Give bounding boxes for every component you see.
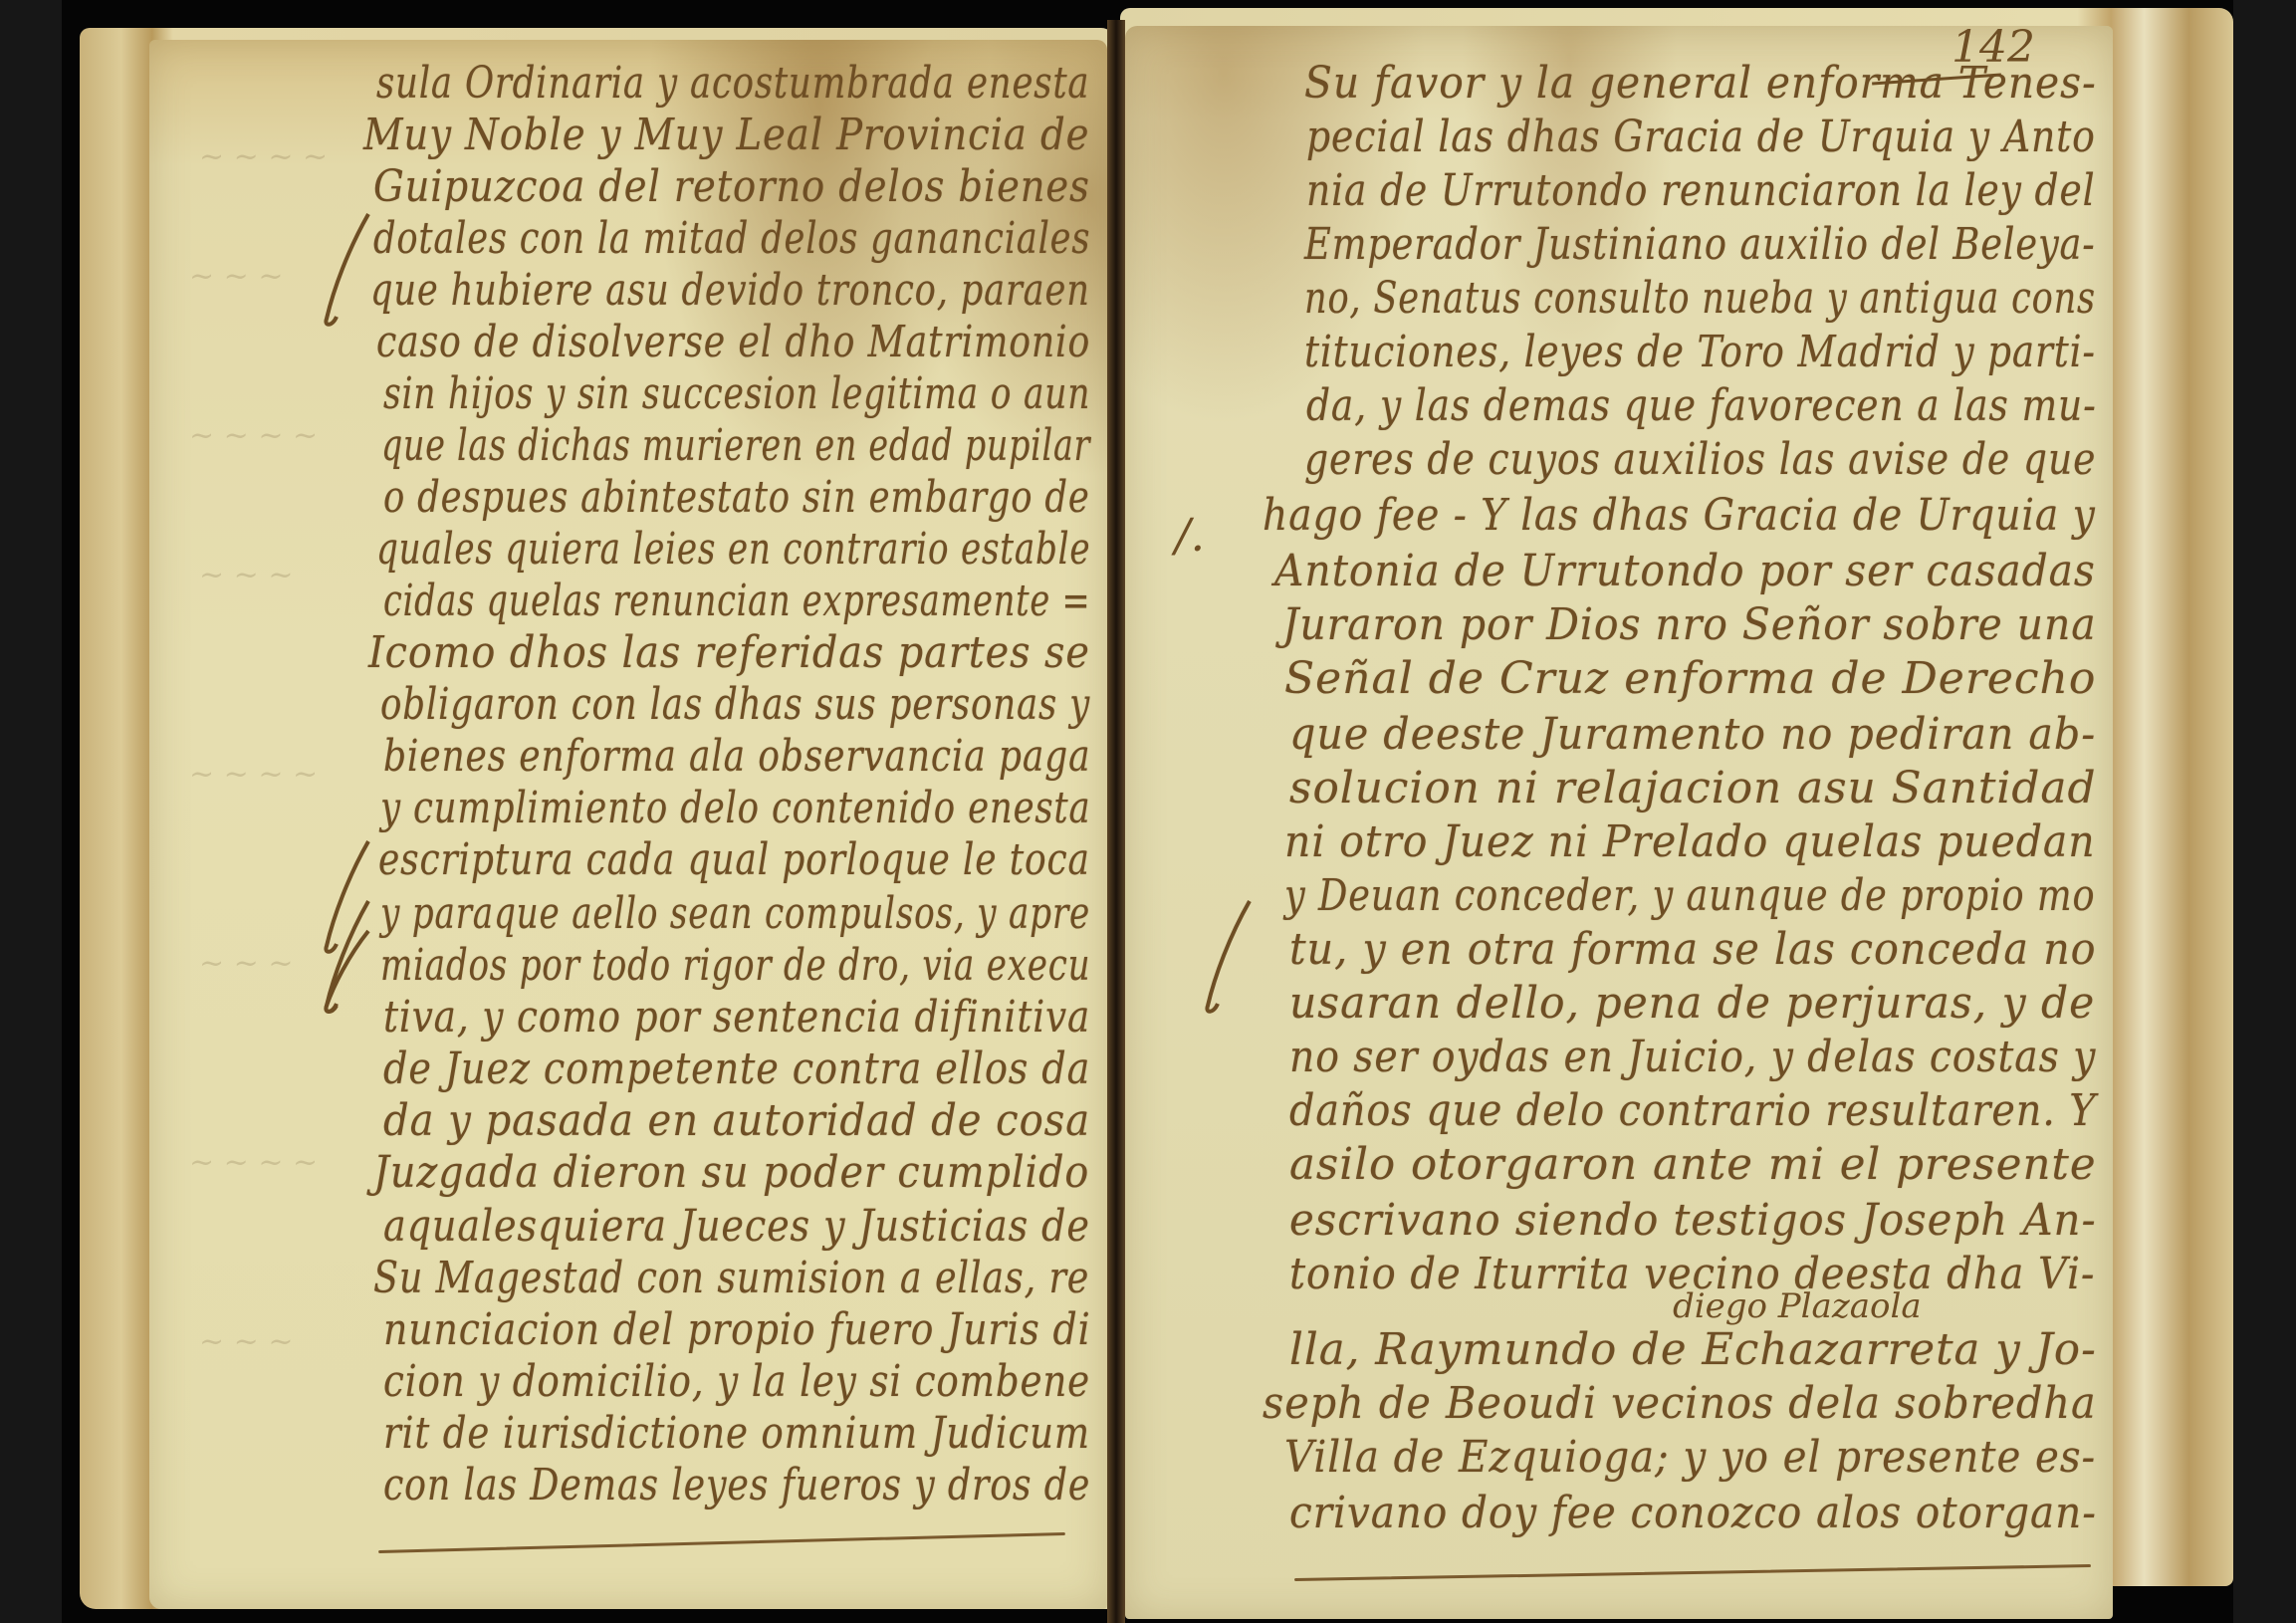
text-line: no ser oydas en Juicio, y delas costas y: [1289, 1032, 2096, 1082]
bleed-through-text: ~ ~ ~ ~: [199, 139, 328, 174]
text-line: y Deuan conceder, y aunque de propio mo: [1284, 870, 2095, 921]
text-line: geres de cuyos auxilios las avise de que: [1304, 434, 2096, 485]
text-line: pecial las dhas Gracia de Urquia y Anto: [1306, 112, 2096, 162]
text-line: que deeste Juramento no pediran ab-: [1289, 709, 2096, 760]
text-line: caso de disolverse el dho Matrimonio: [376, 317, 1090, 367]
text-line: y cumplimiento delo contenido enesta: [380, 783, 1090, 833]
text-line: Antonia de Urrutondo por ser casadas: [1274, 546, 2096, 596]
text-line: crivano doy fee conozco alos otorgan-: [1289, 1488, 2097, 1538]
text-line: no, Senatus consulto nueba y antigua con…: [1304, 273, 2096, 324]
text-line: daños que delo contrario resultaren. Y: [1289, 1085, 2096, 1136]
bleed-through-text: ~ ~ ~: [199, 558, 293, 592]
text-line: Su favor y la general enforma Tenes-: [1304, 58, 2097, 109]
text-line: quales quiera leies en contrario estable: [376, 524, 1090, 575]
text-line: da y pasada en autoridad de cosa: [383, 1095, 1090, 1146]
bleed-through-text: ~ ~ ~: [199, 1324, 293, 1359]
text-line: sin hijos y sin succesion legitima o aun: [383, 368, 1090, 419]
text-line: asilo otorgaron ante mi el presente: [1289, 1139, 2097, 1190]
text-line: tituciones, leyes de Toro Madrid y parti…: [1304, 327, 2096, 377]
margin-flourish-icon: [1200, 896, 1260, 1016]
text-line: de Juez competente contra ellos da: [383, 1043, 1090, 1094]
text-line: da, y las demas que favorecen a las mu-: [1306, 380, 2097, 431]
text-line: tiva, y como por sentencia difinitiva: [383, 992, 1090, 1043]
scan-border-right: [2233, 0, 2296, 1623]
text-line: seph de Beoudi vecinos dela sobredha: [1263, 1378, 2097, 1429]
text-line: Su Magestad con sumision a ellas, re: [373, 1253, 1089, 1303]
text-line: con las Demas leyes fueros y dros de: [383, 1460, 1090, 1510]
text-line: dotales con la mitad delos gananciales: [373, 213, 1090, 264]
text-line: Icomo dhos las referidas partes se: [368, 627, 1090, 678]
text-line: que hubiere asu devido tronco, paraen: [370, 265, 1090, 316]
margin-mark: /.: [1175, 508, 1205, 562]
bleed-through-text: ~ ~ ~: [189, 259, 283, 294]
text-line: que las dichas murieren en edad pupilar: [381, 420, 1090, 471]
text-line: solucion ni relajacion asu Santidad: [1289, 763, 2096, 813]
text-line: obligaron con las dhas sus personas y: [380, 679, 1090, 730]
text-line: tu, y en otra forma se las conceda no: [1289, 924, 2096, 975]
text-line: Señal de Cruz enforma de Derecho: [1284, 653, 2096, 704]
text-line: y paraque aello sean compulsos, y apre: [380, 888, 1090, 939]
bleed-through-text: ~ ~ ~ ~: [189, 418, 318, 453]
bleed-through-text: ~ ~ ~ ~: [189, 757, 318, 792]
text-line: Emperador Justiniano auxilio del Beleya-: [1304, 219, 2096, 270]
text-line: nia de Urrutondo renunciaron la ley del: [1306, 165, 2095, 216]
text-line: nunciacion del propio fuero Juris di: [383, 1304, 1091, 1355]
text-line: cidas quelas renuncian expresamente =: [383, 576, 1090, 626]
text-line: rit de iurisdictione omnium Judicum: [383, 1408, 1090, 1459]
text-line: Juraron por Dios nro Señor sobre una: [1282, 599, 2097, 650]
text-line: hago fee - Y las dhas Gracia de Urquia y: [1263, 490, 2096, 541]
text-line: miados por todo rigor de dro, via execu: [380, 940, 1090, 991]
margin-flourish-icon: [319, 926, 378, 1016]
text-line: Villa de Ezquioga; y yo el presente es-: [1284, 1432, 2096, 1483]
scan-border-left: [0, 0, 62, 1623]
text-line: escriptura cada qual porloque le toca: [378, 834, 1090, 885]
text-line: Muy Noble y Muy Leal Provincia de: [363, 110, 1089, 160]
text-line: aqualesquiera Jueces y Justicias de: [383, 1201, 1090, 1252]
interlinear-insertion: diego Plazaola: [1673, 1286, 1922, 1326]
text-line: bienes enforma ala observancia paga: [383, 731, 1090, 782]
text-line: sula Ordinaria y acostumbrada enesta: [376, 58, 1089, 109]
bleed-through-text: ~ ~ ~: [199, 946, 293, 981]
text-line: ni otro Juez ni Prelado quelas puedan: [1284, 816, 2096, 867]
text-line: cion y domicilio, y la ley si combene: [383, 1356, 1090, 1407]
text-line: Guipuzcoa del retorno delos bienes: [373, 161, 1090, 212]
text-line: usaran dello, pena de perjuras, y de: [1289, 978, 2095, 1029]
text-line: o despues abintestato sin embargo de: [383, 472, 1090, 523]
text-line: Juzgada dieron su poder cumplido: [373, 1147, 1089, 1198]
bleed-through-text: ~ ~ ~ ~: [189, 1145, 318, 1180]
book-gutter: [1107, 20, 1125, 1623]
text-line: lla, Raymundo de Echazarreta y Jo-: [1289, 1324, 2097, 1375]
margin-flourish-icon: [319, 209, 378, 329]
text-line: escrivano siendo testigos Joseph An-: [1289, 1195, 2097, 1246]
